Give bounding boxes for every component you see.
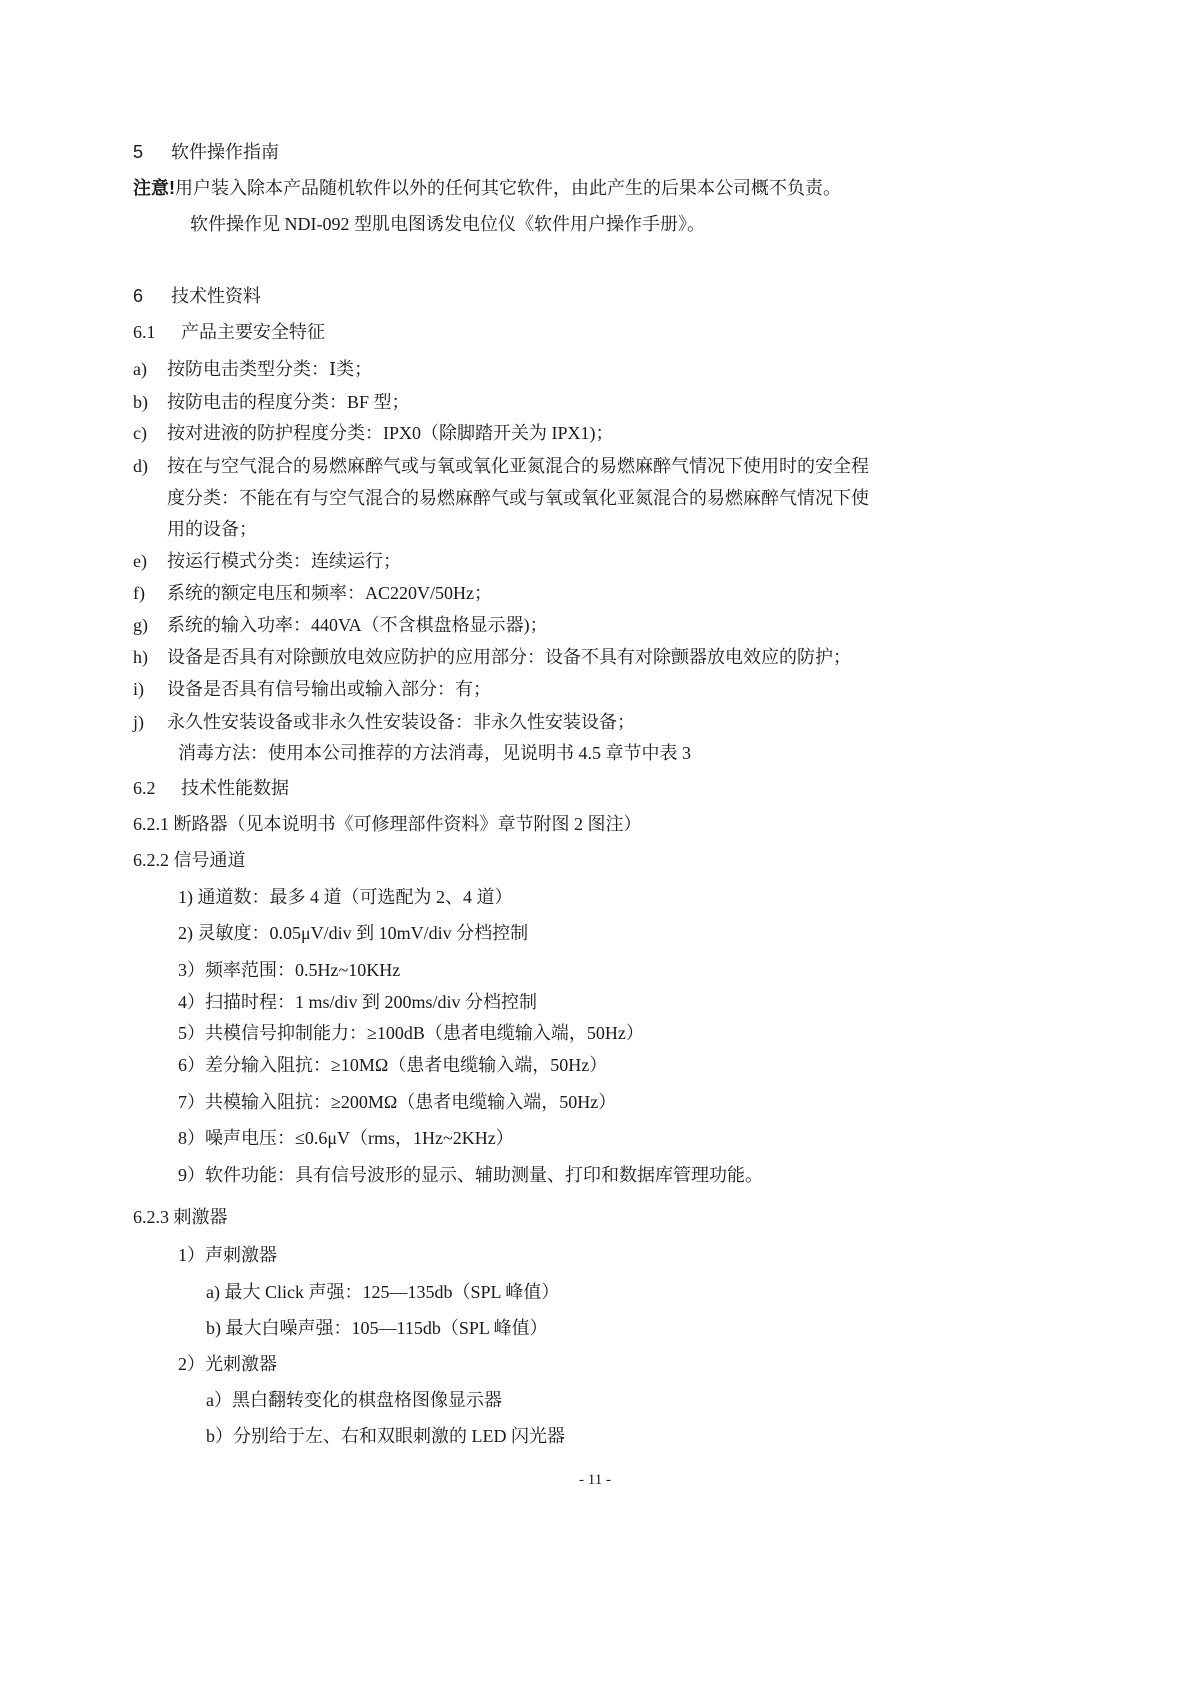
sound-stimulator-item: a) 最大 Click 声强：125—135db（SPL 峰值） [206, 1280, 559, 1304]
item-label: j) [133, 710, 167, 734]
subsection-6-2-heading: 6.2技术性能数据 [133, 776, 289, 800]
item-label: g) [133, 613, 167, 637]
section-title: 软件操作指南 [171, 142, 279, 162]
signal-channel-item: 3）频率范围：0.5Hz~10KHz [178, 958, 400, 982]
subsection-6-1-heading: 6.1产品主要安全特征 [133, 320, 325, 344]
safety-item: b)按防电击的程度分类：BF 型； [133, 390, 410, 414]
safety-item: i)设备是否具有信号输出或输入部分：有； [133, 677, 491, 701]
item-text: 系统的额定电压和频率：AC220V/50Hz； [167, 583, 492, 603]
item-text: 系统的输入功率：440VA（不含棋盘格显示器)； [167, 615, 548, 635]
subsection-6-2-1: 6.2.1 断路器（见本说明书《可修理部件资料》章节附图 2 图注） [133, 812, 642, 836]
signal-channel-item: 1) 通道数：最多 4 道（可选配为 2、4 道） [178, 885, 513, 909]
signal-channel-item: 8）噪声电压：≤0.6μV（rms，1Hz~2KHz） [178, 1126, 514, 1150]
sound-stimulator-heading: 1）声刺激器 [178, 1243, 277, 1267]
safety-item: g)系统的输入功率：440VA（不含棋盘格显示器)； [133, 613, 548, 637]
subsection-number: 6.2 [133, 776, 181, 800]
signal-channel-item: 9）软件功能：具有信号波形的显示、辅助测量、打印和数据库管理功能。 [178, 1163, 763, 1187]
subsection-6-2-2-heading: 6.2.2 信号通道 [133, 848, 246, 872]
item-text: 永久性安装设备或非永久性安装设备：非永久性安装设备； [167, 712, 635, 732]
section-6-heading: 6技术性资料 [133, 284, 261, 308]
signal-channel-item: 7）共模输入阻抗：≥200MΩ（患者电缆输入端，50Hz） [178, 1090, 616, 1114]
software-reference: 软件操作见 NDI-092 型肌电图诱发电位仪《软件用户操作手册》。 [190, 212, 705, 236]
signal-channel-item: 5）共模信号抑制能力：≥100dB（患者电缆输入端，50Hz） [178, 1021, 644, 1045]
item-label: i) [133, 677, 167, 701]
safety-item: a)按防电击类型分类：Ⅰ类； [133, 357, 372, 381]
section-number: 6 [133, 284, 171, 308]
safety-item-continuation: 用的设备； [167, 517, 257, 541]
signal-channel-item: 2) 灵敏度：0.05μV/div 到 10mV/div 分档控制 [178, 921, 528, 945]
item-label: c) [133, 421, 167, 445]
notice-text: 用户装入除本产品随机软件以外的任何其它软件，由此产生的后果本公司概不负责。 [175, 178, 841, 198]
item-label: f) [133, 581, 167, 605]
safety-item-continuation: 度分类：不能在有与空气混合的易燃麻醉气或与氧或氧化亚氮混合的易燃麻醉气情况下使 [167, 486, 869, 510]
signal-channel-item: 4）扫描时程：1 ms/div 到 200ms/div 分档控制 [178, 990, 537, 1014]
item-label: d) [133, 454, 167, 478]
item-text: 按运行模式分类：连续运行； [167, 551, 401, 571]
item-label: e) [133, 549, 167, 573]
subsection-title: 产品主要安全特征 [181, 322, 325, 342]
disinfection-note: 消毒方法：使用本公司推荐的方法消毒，见说明书 4.5 章节中表 3 [178, 741, 691, 765]
safety-item: h)设备是否具有对除颤放电效应防护的应用部分：设备不具有对除颤器放电效应的防护； [133, 645, 851, 669]
item-text: 设备是否具有信号输出或输入部分：有； [167, 679, 491, 699]
section-number: 5 [133, 140, 171, 164]
safety-item: e)按运行模式分类：连续运行； [133, 549, 401, 573]
light-stimulator-item: a）黑白翻转变化的棋盘格图像显示器 [206, 1388, 502, 1412]
subsection-title: 技术性能数据 [181, 778, 289, 798]
notice-paragraph: 注意!用户装入除本产品随机软件以外的任何其它软件，由此产生的后果本公司概不负责。 [133, 176, 841, 200]
sound-stimulator-item: b) 最大白噪声强：105—115db（SPL 峰值） [206, 1316, 548, 1340]
light-stimulator-heading: 2）光刺激器 [178, 1352, 277, 1376]
signal-channel-item: 6）差分输入阻抗：≥10MΩ（患者电缆输入端，50Hz） [178, 1053, 607, 1077]
subsection-number: 6.1 [133, 320, 181, 344]
subsection-6-2-3-heading: 6.2.3 刺激器 [133, 1205, 228, 1229]
item-text: 按在与空气混合的易燃麻醉气或与氧或氧化亚氮混合的易燃麻醉气情况下使用时的安全程 [167, 456, 869, 476]
item-label: b) [133, 390, 167, 414]
item-text: 按防电击的程度分类：BF 型； [167, 392, 410, 412]
item-label: h) [133, 645, 167, 669]
page-number: - 11 - [0, 1472, 1190, 1489]
safety-item: f)系统的额定电压和频率：AC220V/50Hz； [133, 581, 492, 605]
item-text: 按防电击类型分类：Ⅰ类； [167, 359, 372, 379]
light-stimulator-item: b）分别给于左、右和双眼刺激的 LED 闪光器 [206, 1424, 565, 1448]
section-5-heading: 5软件操作指南 [133, 140, 279, 164]
notice-label: 注意! [133, 178, 175, 198]
item-label: a) [133, 357, 167, 381]
safety-item: j)永久性安装设备或非永久性安装设备：非永久性安装设备； [133, 710, 635, 734]
section-title: 技术性资料 [171, 286, 261, 306]
safety-item: c)按对进液的防护程度分类：IPX0（除脚踏开关为 IPX1)； [133, 421, 614, 445]
item-text: 设备是否具有对除颤放电效应防护的应用部分：设备不具有对除颤器放电效应的防护； [167, 647, 851, 667]
safety-item: d)按在与空气混合的易燃麻醉气或与氧或氧化亚氮混合的易燃麻醉气情况下使用时的安全… [133, 454, 869, 478]
item-text: 按对进液的防护程度分类：IPX0（除脚踏开关为 IPX1)； [167, 423, 614, 443]
